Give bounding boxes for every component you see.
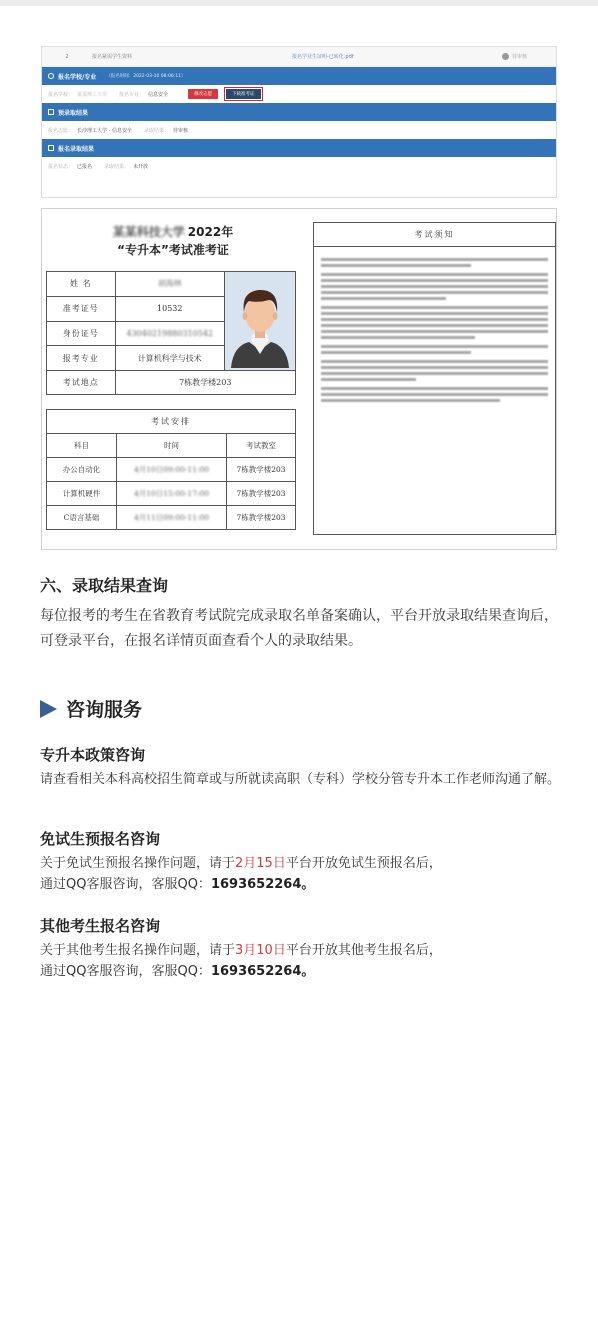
- other-consult-title: 其他考生报名咨询: [40, 915, 160, 936]
- subject-cell: C语言基础: [47, 506, 117, 530]
- enroll-result-label: 录取结果：: [104, 163, 129, 170]
- table-row: 考试地点 7栋教学楼203: [47, 371, 296, 395]
- table-row: C语言基础 4月11日09:00-11:00 7栋教学楼203: [47, 506, 296, 530]
- top-divider: [0, 0, 598, 6]
- consult-title: 咨询服务: [66, 695, 142, 722]
- major-value: 信息安全: [148, 91, 168, 98]
- enroll-title: 报名录取结果: [58, 144, 94, 153]
- school-bar-title: 报名学校/专业: [58, 72, 96, 81]
- notice-paragraph: [321, 258, 548, 267]
- table-caption-row: 考试安排: [47, 410, 296, 434]
- info-value: 7栋教学楼203: [115, 371, 295, 395]
- major-label: 报名专业：: [119, 91, 144, 98]
- info-key: 姓 名: [47, 272, 116, 297]
- file-index: 2: [42, 54, 92, 60]
- triangle-bullet-icon: [40, 700, 57, 718]
- file-link[interactable]: 报名学业生证明-已转化.pdf: [292, 53, 502, 60]
- ticket-year: 2022年: [188, 225, 233, 239]
- file-row: 2 报名紧需学生资料 报名学业生证明-已转化.pdf 待审核: [42, 47, 556, 67]
- info-key: 身份证号: [47, 321, 116, 346]
- ticket-school-name: 某某科技大学: [113, 225, 185, 239]
- school-bar-time: （报名时间：2022-03-10 08:06:11）: [106, 73, 185, 79]
- blurred-text-line: [321, 273, 548, 276]
- school-major-bar: 报名学校/专业 （报名时间：2022-03-10 08:06:11）: [42, 67, 556, 85]
- blurred-text-line: [321, 387, 548, 390]
- info-value: 计算机科学与技术: [115, 346, 224, 371]
- blurred-text-line: [321, 372, 548, 375]
- pre-admit-title: 预录取结果: [58, 108, 88, 117]
- notice-paragraph: [321, 387, 548, 402]
- blurred-text-line: [321, 345, 548, 348]
- info-key: 报考专业: [47, 346, 116, 371]
- subject-cell: 计算机硬件: [47, 482, 117, 506]
- subject-cell: 办公自动化: [47, 458, 117, 482]
- pre-result-label: 录取结果：: [144, 127, 169, 134]
- room-cell: 7栋教学楼203: [227, 458, 296, 482]
- school-value: 某某理工大学: [77, 91, 107, 98]
- notice-paragraph: [321, 273, 548, 300]
- pre-admit-bar: 预录取结果: [42, 103, 556, 121]
- candidate-info-table: 姓 名 胡海林 准考证号 10532 身份证号 430: [46, 271, 296, 395]
- file-status: 待审核: [502, 53, 556, 60]
- info-value: 胡海林: [115, 272, 224, 297]
- section-heading: 六、录取结果查询: [40, 573, 168, 596]
- exam-notice-box: 考试须知: [313, 222, 556, 535]
- blurred-text-line: [321, 306, 548, 309]
- blurred-text-line: [321, 336, 475, 339]
- exam-schedule-table: 考试安排 科目 时间 考试教室 办公自动化 4月10日09:00-11:00 7…: [46, 409, 296, 530]
- status-dot-icon: [502, 53, 509, 60]
- policy-consult-title: 专升本政策咨询: [40, 744, 145, 765]
- blurred-text-line: [321, 291, 548, 294]
- blurred-text-line: [321, 366, 548, 369]
- column-header: 考试教室: [227, 434, 296, 458]
- list-icon: [48, 145, 54, 151]
- consult-heading: 咨询服务: [40, 695, 142, 722]
- exempt-consult-body: 关于免试生预报名操作问题，请于2月15日平台开放免试生预报名后， 通过QQ客服咨…: [40, 853, 570, 895]
- file-status-text: 待审核: [512, 53, 527, 60]
- time-cell: 4月11日09:00-11:00: [117, 506, 227, 530]
- info-value: 43040219880310542: [115, 321, 224, 346]
- candidate-photo: [224, 272, 295, 371]
- body-text: 平台开放免试生预报名后，: [286, 856, 442, 871]
- pre-result-value: 待审核: [173, 127, 188, 134]
- location-icon: [48, 73, 54, 79]
- table-header-row: 科目 时间 考试教室: [47, 434, 296, 458]
- table-row: 计算机硬件 4月10日15:00-17:00 7栋教学楼203: [47, 482, 296, 506]
- section-paragraph: 每位报考的考生在省教育考试院完成录取名单备案确认，平台开放录取结果查询后，可登录…: [40, 604, 570, 654]
- notice-title: 考试须知: [314, 223, 555, 247]
- blurred-text-line: [321, 318, 548, 321]
- column-header: 科目: [47, 434, 117, 458]
- policy-consult-body: 请查看相关本科高校招生简章或与所就读高职（专科）学校分管专升本工作老师沟通了解。: [40, 769, 565, 790]
- enroll-status-label: 报名状态：: [48, 163, 73, 170]
- highlight-date: 3月10日: [235, 943, 286, 958]
- enroll-result-value: 未开放: [133, 163, 148, 170]
- ticket-title: “专升本”考试准考证: [42, 241, 304, 258]
- admission-ticket-image: 某某科技大学2022年 “专升本”考试准考证 姓 名 胡海林 准考证号: [41, 208, 557, 550]
- blurred-text-line: [321, 393, 548, 396]
- blurred-text-line: [321, 264, 471, 267]
- notice-paragraph: [321, 360, 548, 381]
- column-header: 时间: [117, 434, 227, 458]
- blurred-text-line: [321, 324, 548, 327]
- enroll-line: 报名状态： 已报名 录取结果： 未开放: [42, 157, 556, 175]
- exempt-consult-title: 免试生预报名咨询: [40, 828, 160, 849]
- wish-label: 报名志愿：: [48, 127, 73, 134]
- table-row: 姓 名 胡海林: [47, 272, 296, 297]
- other-consult-body: 关于其他考生报名操作问题，请于3月10日平台开放其他考生报名后， 通过QQ客服咨…: [40, 940, 570, 982]
- body-text: 关于其他考生报名操作问题，请于: [40, 943, 235, 958]
- school-label: 报名学校：: [48, 91, 73, 98]
- qq-number: 1693652264。: [211, 877, 314, 892]
- blurred-text-line: [321, 378, 416, 381]
- info-key: 准考证号: [47, 296, 116, 321]
- room-cell: 7栋教学楼203: [227, 506, 296, 530]
- portal-screenshot: 2 报名紧需学生资料 报名学业生证明-已转化.pdf 待审核 报名学校/专业 （…: [41, 46, 557, 198]
- time-cell: 4月10日15:00-17:00: [117, 482, 227, 506]
- blurred-text-line: [321, 285, 548, 288]
- blurred-text-line: [321, 360, 548, 363]
- notice-paragraph: [321, 345, 548, 354]
- highlight-date: 2月15日: [235, 856, 286, 871]
- blurred-text-line: [321, 351, 471, 354]
- blurred-text-line: [321, 399, 500, 402]
- schedule-caption: 考试安排: [47, 410, 296, 434]
- table-row: 办公自动化 4月10日09:00-11:00 7栋教学楼203: [47, 458, 296, 482]
- notice-body: [314, 247, 555, 416]
- ticket-title-line1: 某某科技大学2022年: [42, 223, 304, 240]
- blurred-text-line: [321, 297, 446, 300]
- blurred-text-line: [321, 258, 548, 261]
- enroll-bar: 报名录取结果: [42, 139, 556, 157]
- file-name: 报名紧需学生资料: [92, 53, 292, 60]
- school-line: 报名学校： 某某理工大学 报名专业： 信息安全 修改志愿 下载准考证: [42, 85, 556, 103]
- qq-number: 1693652264。: [211, 964, 314, 979]
- pre-admit-line: 报名志愿： 长沙理工大学 - 信息安全 录取结果： 待审核: [42, 121, 556, 139]
- body-text: 关于免试生预报名操作问题，请于: [40, 856, 235, 871]
- body-text: 通过QQ客服咨询，客服QQ：: [40, 877, 211, 892]
- blurred-text-line: [321, 312, 548, 315]
- wish-value: 长沙理工大学 - 信息安全: [77, 127, 132, 134]
- time-cell: 4月10日09:00-11:00: [117, 458, 227, 482]
- body-text: 通过QQ客服咨询，客服QQ：: [40, 964, 211, 979]
- info-value: 10532: [115, 296, 224, 321]
- blurred-text-line: [321, 330, 548, 333]
- room-cell: 7栋教学楼203: [227, 482, 296, 506]
- enroll-status-value: 已报名: [77, 163, 92, 170]
- avatar-icon: [225, 272, 295, 368]
- download-ticket-button[interactable]: 下载准考证: [226, 89, 261, 99]
- body-text: 平台开放其他考生报名后，: [286, 943, 442, 958]
- notice-paragraph: [321, 306, 548, 339]
- info-key: 考试地点: [47, 371, 116, 395]
- edit-wish-button[interactable]: 修改志愿: [188, 89, 218, 99]
- blurred-text-line: [321, 279, 548, 282]
- list-icon: [48, 109, 54, 115]
